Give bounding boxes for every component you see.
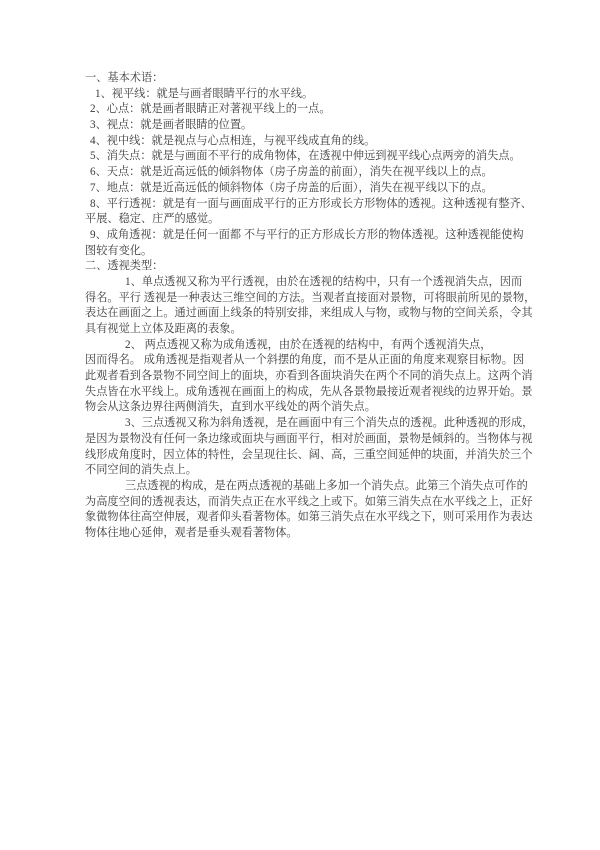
text-line-paragraph-start: 1、单点透视又称为平行透视，由於在透视的结构中，只有一个透视消失点，因而 bbox=[85, 275, 525, 291]
text-line-paragraph-continuation: 象微物体往高空伸展，观者仰头看著物体。如第三消失点在水平线之下，则可采用作为表达 bbox=[85, 510, 525, 526]
text-line-paragraph-continuation: 物体往地心延伸，观者是垂头观看著物体。 bbox=[85, 526, 525, 542]
text-line-list-item: 3、视点：就是画者眼睛的位置。 bbox=[85, 118, 525, 134]
text-line-paragraph-continuation: 是因为景物没有任何一条边缘或面块与画面平行，相对於画面，景物是倾斜的。当物体与视 bbox=[85, 432, 525, 448]
text-line-list-item: 7、地点：就是近高远低的倾斜物体（房子房盖的后面），消失在视平线以下的点。 bbox=[85, 181, 525, 197]
text-line-section-heading: 二、透视类型： bbox=[85, 259, 525, 275]
text-line-list-item: 8、平行透视：就是有一面与画面成平行的正方形或长方形物体的透视。这种透视有整齐、 bbox=[85, 197, 525, 213]
text-line-paragraph-continuation: 表达在画面之上。通过画面上线条的特别安排，来组成人与物，或物与物的空间关系，令其 bbox=[85, 306, 525, 322]
text-line-paragraph-continuation: 为高度空间的透视表达，而消失点正在水平线之上或下。如第三消失点在水平线之上，正好 bbox=[85, 495, 525, 511]
text-line-list-item-continuation: 图较有变化。 bbox=[85, 244, 525, 260]
text-line-paragraph-continuation: 线形成角度时，因立体的特性，会呈现往长、阔、高，三重空间延伸的块面，并消失於三个 bbox=[85, 448, 525, 464]
text-line-list-item-continuation: 平展、稳定、庄严的感觉。 bbox=[85, 212, 525, 228]
document-text-block: 一、基本术语：1、视平线：就是与画者眼睛平行的水平线。2、心点：就是画者眼睛正对… bbox=[85, 71, 525, 542]
text-line-paragraph-start: 三点透视的构成，是在两点透视的基础上多加一个消失点。此第三个消失点可作的 bbox=[85, 479, 525, 495]
text-line-section-heading: 一、基本术语： bbox=[85, 71, 525, 87]
text-line-list-item: 5、消失点：就是与画面不平行的成角物体，在透视中伸远到视平线心点两旁的消失点。 bbox=[85, 149, 525, 165]
text-line-paragraph-continuation: 得名。平行 透视是一种表达三维空间的方法。当观者直接面对景物，可将眼前所见的景物… bbox=[85, 291, 525, 307]
text-line-list-item: 4、视中线：就是视点与心点相连，与视平线成直角的线。 bbox=[85, 134, 525, 150]
text-line-paragraph-start: 2、 两点透视又称为成角透视，由於在透视的结构中，有两个透视消失点， bbox=[85, 338, 525, 354]
text-line-list-item: 1、视平线：就是与画者眼睛平行的水平线。 bbox=[85, 87, 525, 103]
text-line-paragraph-start: 3、三点透视又称为斜角透视，是在画面中有三个消失点的透视。此种透视的形成， bbox=[85, 416, 525, 432]
text-line-paragraph-continuation: 此观者看到各景物不同空间上的面块，亦看到各面块消失在两个不同的消失点上。这两个消 bbox=[85, 369, 525, 385]
text-line-list-item: 6、天点：就是近高远低的倾斜物体（房子房盖的前面），消失在视平线以上的点。 bbox=[85, 165, 525, 181]
document-page: 一、基本术语：1、视平线：就是与画者眼睛平行的水平线。2、心点：就是画者眼睛正对… bbox=[0, 0, 600, 850]
text-line-list-item: 9、成角透视：就是任何一面都 不与平行的正方形成长方形的物体透视。这种透视能使构 bbox=[85, 228, 525, 244]
text-line-list-item: 2、心点：就是画者眼睛正对著视平线上的一点。 bbox=[85, 102, 525, 118]
text-line-paragraph-continuation: 失点皆在水平线上。成角透视在画面上的构成，先从各景物最接近观者视线的边界开始。景 bbox=[85, 385, 525, 401]
text-line-paragraph-continuation: 因而得名。 成角透视是指观者从一个斜摆的角度，而不是从正面的角度来观察目标物。因 bbox=[85, 353, 525, 369]
text-line-paragraph-continuation: 具有视觉上立体及距离的表象。 bbox=[85, 322, 525, 338]
text-line-paragraph-continuation: 物会从这条边界往两侧消失，直到水平线处的两个消失点。 bbox=[85, 400, 525, 416]
text-line-paragraph-continuation: 不同空间的消失点上。 bbox=[85, 463, 525, 479]
